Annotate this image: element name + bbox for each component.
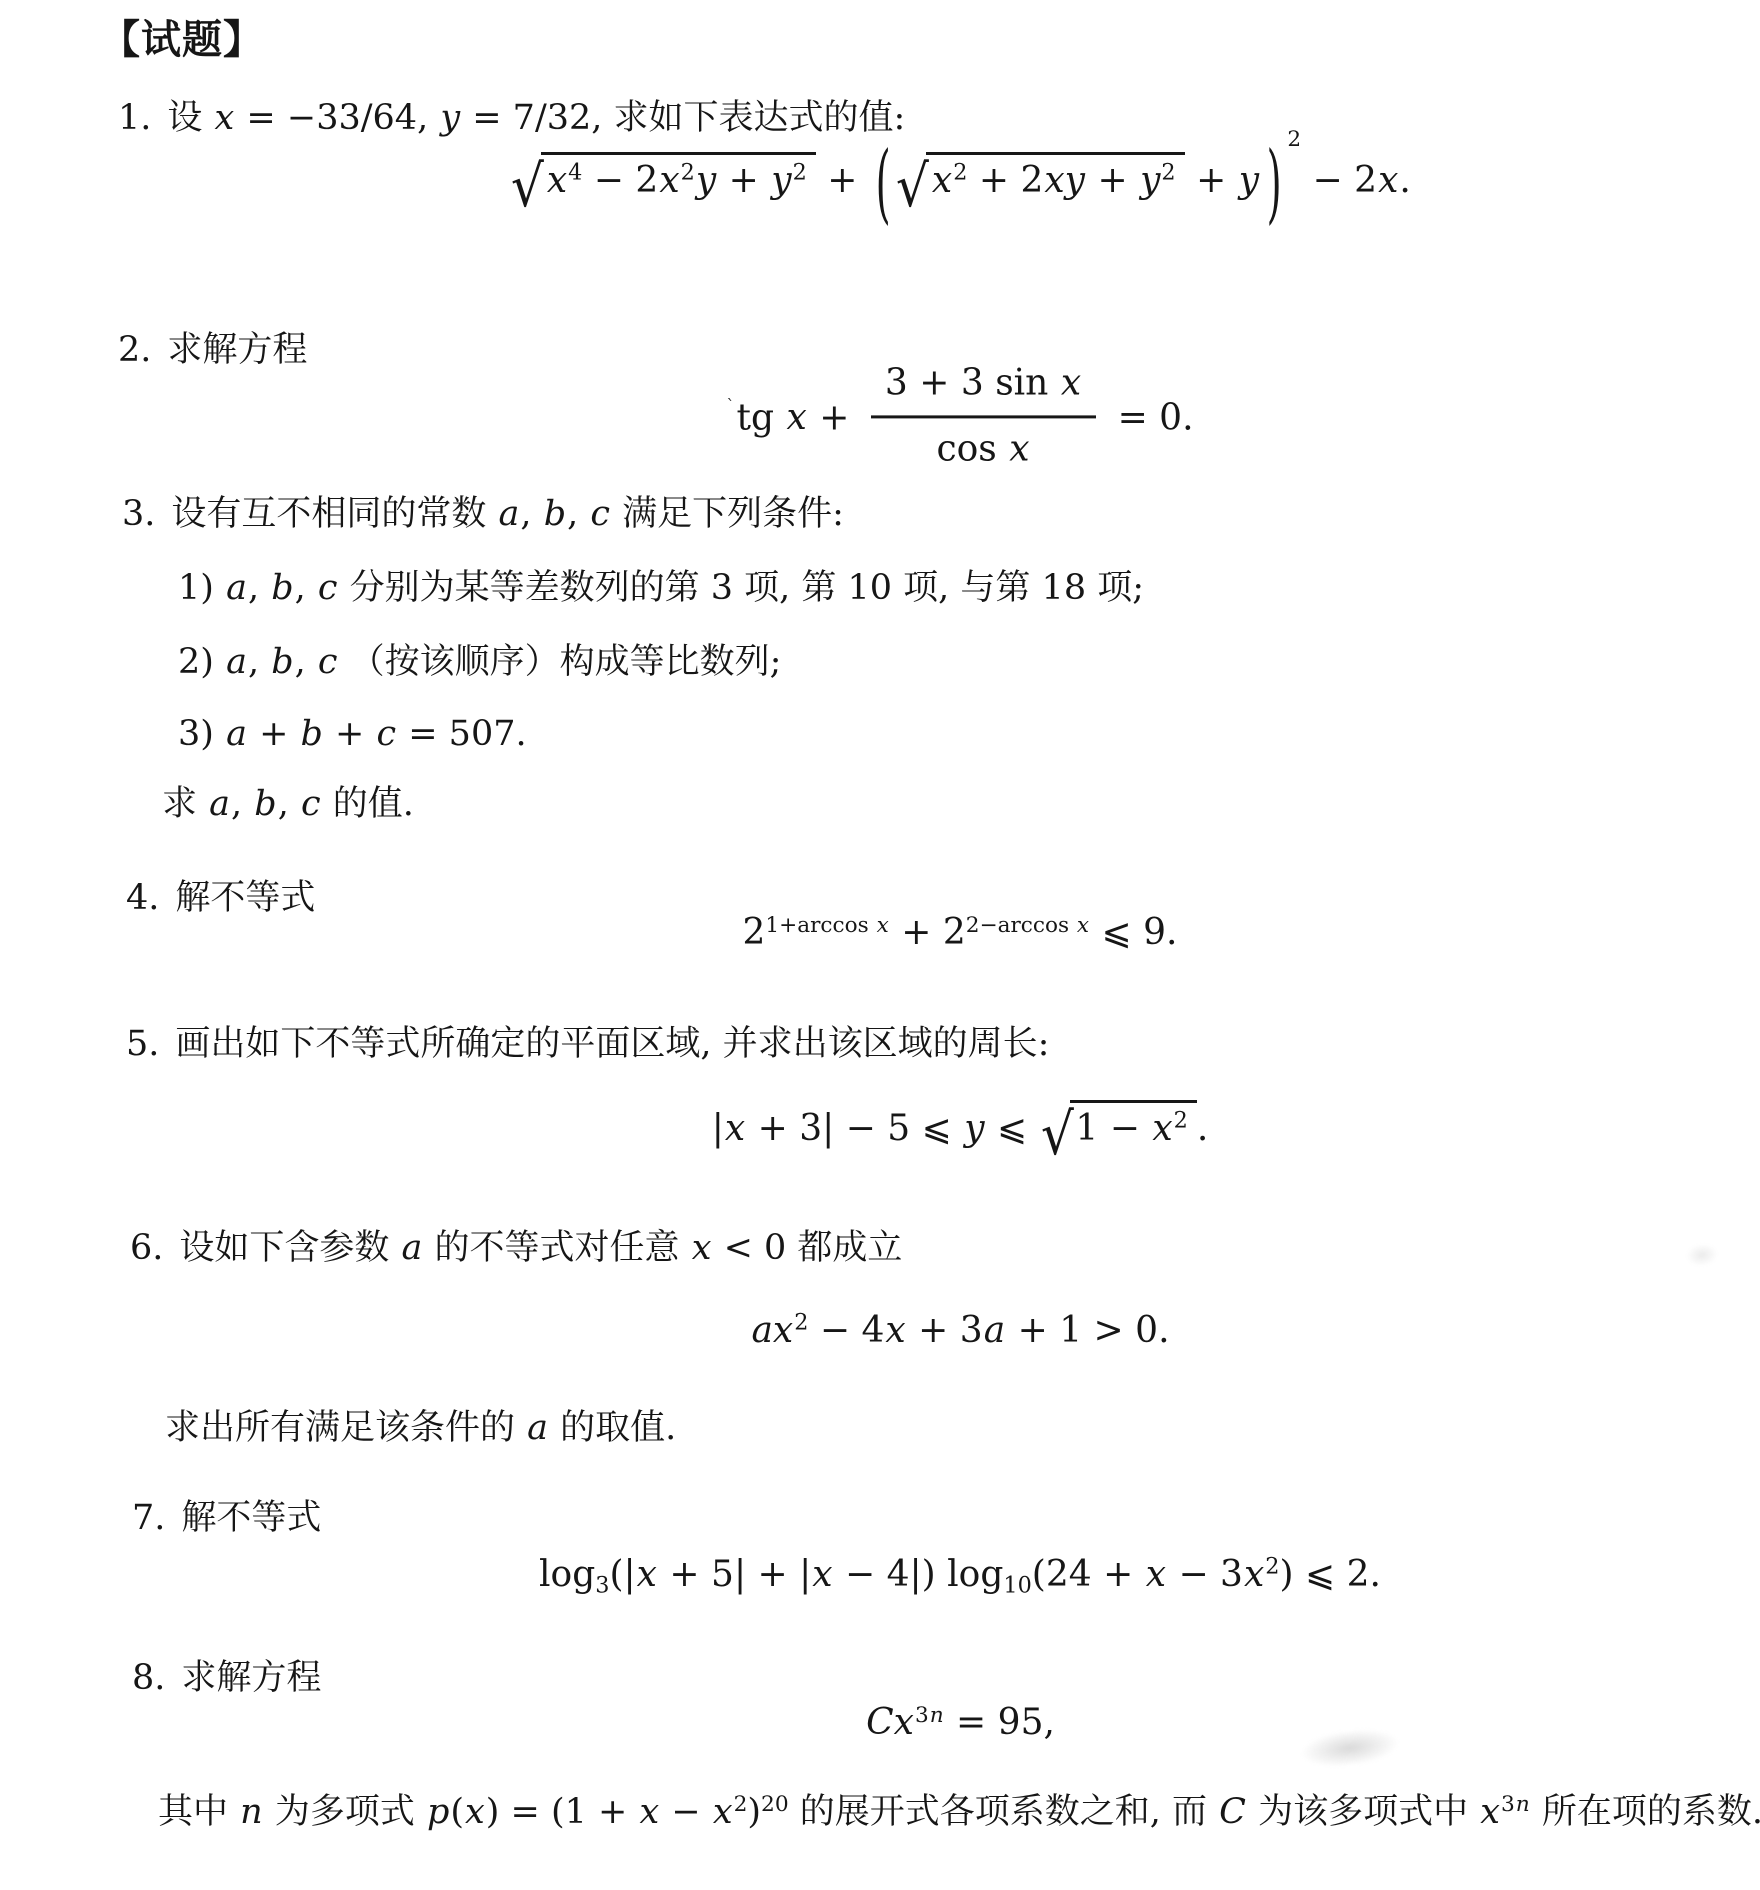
problem-3-condition-3: 3) a + b + c = 507. [178,712,527,758]
problem-4-number: 4. [126,876,159,922]
problem-8-text: 求解方程 [181,1658,321,1698]
problem-5-statement: 5.画出如下不等式所确定的平面区域, 并求出该区域的周长: [126,1022,1049,1068]
problem-8-note: 其中 n 为多项式 p(x) = (1 + x − x2)20 的展开式各项系数… [158,1790,1760,1836]
problem-3-conclusion: 求 a, b, c 的值. [162,782,414,828]
problem-6-statement: 6.设如下含参数 a 的不等式对任意 x < 0 都成立 [130,1226,902,1272]
page-title: 【试题】 [100,14,264,66]
problem-7-statement: 7.解不等式 [132,1496,321,1542]
problem-3-text: 设有互不相同的常数 a, b, c 满足下列条件: [171,494,843,534]
problem-3-condition-1: 1) a, b, c 分别为某等差数列的第 3 项, 第 10 项, 与第 18… [178,566,1144,612]
problem-1-formula: √x4 − 2x2y + y2 + (√x2 + 2xy + y2 + y)2 … [160,152,1760,207]
problem-4-formula: 21+arccos x + 22−arccos x ⩽ 9. [160,910,1760,957]
problem-1-number: 1. [118,96,151,142]
problem-3-number: 3. [122,492,155,538]
problem-6-conclusion: 求出所有满足该条件的 a 的取值. [165,1406,676,1452]
problem-6-text: 设如下含参数 a 的不等式对任意 x < 0 都成立 [179,1228,902,1268]
problem-6-number: 6. [130,1226,163,1272]
problem-7-number: 7. [132,1496,165,1542]
problem-8-number: 8. [132,1656,165,1702]
problem-5-formula: |x + 3| − 5 ⩽ y ⩽ √1 − x2. [160,1100,1760,1155]
problem-7-formula: log3(|x + 5| + |x − 4|) log10(24 + x − 3… [160,1552,1760,1599]
problem-5-text: 画出如下不等式所确定的平面区域, 并求出该区域的周长: [175,1024,1049,1064]
problem-2-number: 2. [118,328,151,374]
problem-7-text: 解不等式 [181,1498,321,1538]
problem-8-formula: Cx3n = 95, [160,1700,1760,1747]
problem-6-formula: ax2 − 4x + 3a + 1 > 0. [160,1308,1760,1355]
scan-smudge [1685,1242,1719,1268]
scanned-exam-page: 【试题】 1.设 x = −33/64, y = 7/32, 求如下表达式的值:… [0,0,1760,1890]
problem-5-number: 5. [126,1022,159,1068]
problem-2-formula: ˋtg x + 3 + 3 sin xcos x = 0. [160,364,1760,477]
problem-3-statement: 3.设有互不相同的常数 a, b, c 满足下列条件: [122,492,844,538]
problem-1-text: 设 x = −33/64, y = 7/32, 求如下表达式的值: [167,98,905,138]
problem-3-condition-2: 2) a, b, c （按该顺序）构成等比数列; [178,640,781,686]
problem-8-statement: 8.求解方程 [132,1656,321,1702]
problem-1-statement: 1.设 x = −33/64, y = 7/32, 求如下表达式的值: [118,96,905,142]
